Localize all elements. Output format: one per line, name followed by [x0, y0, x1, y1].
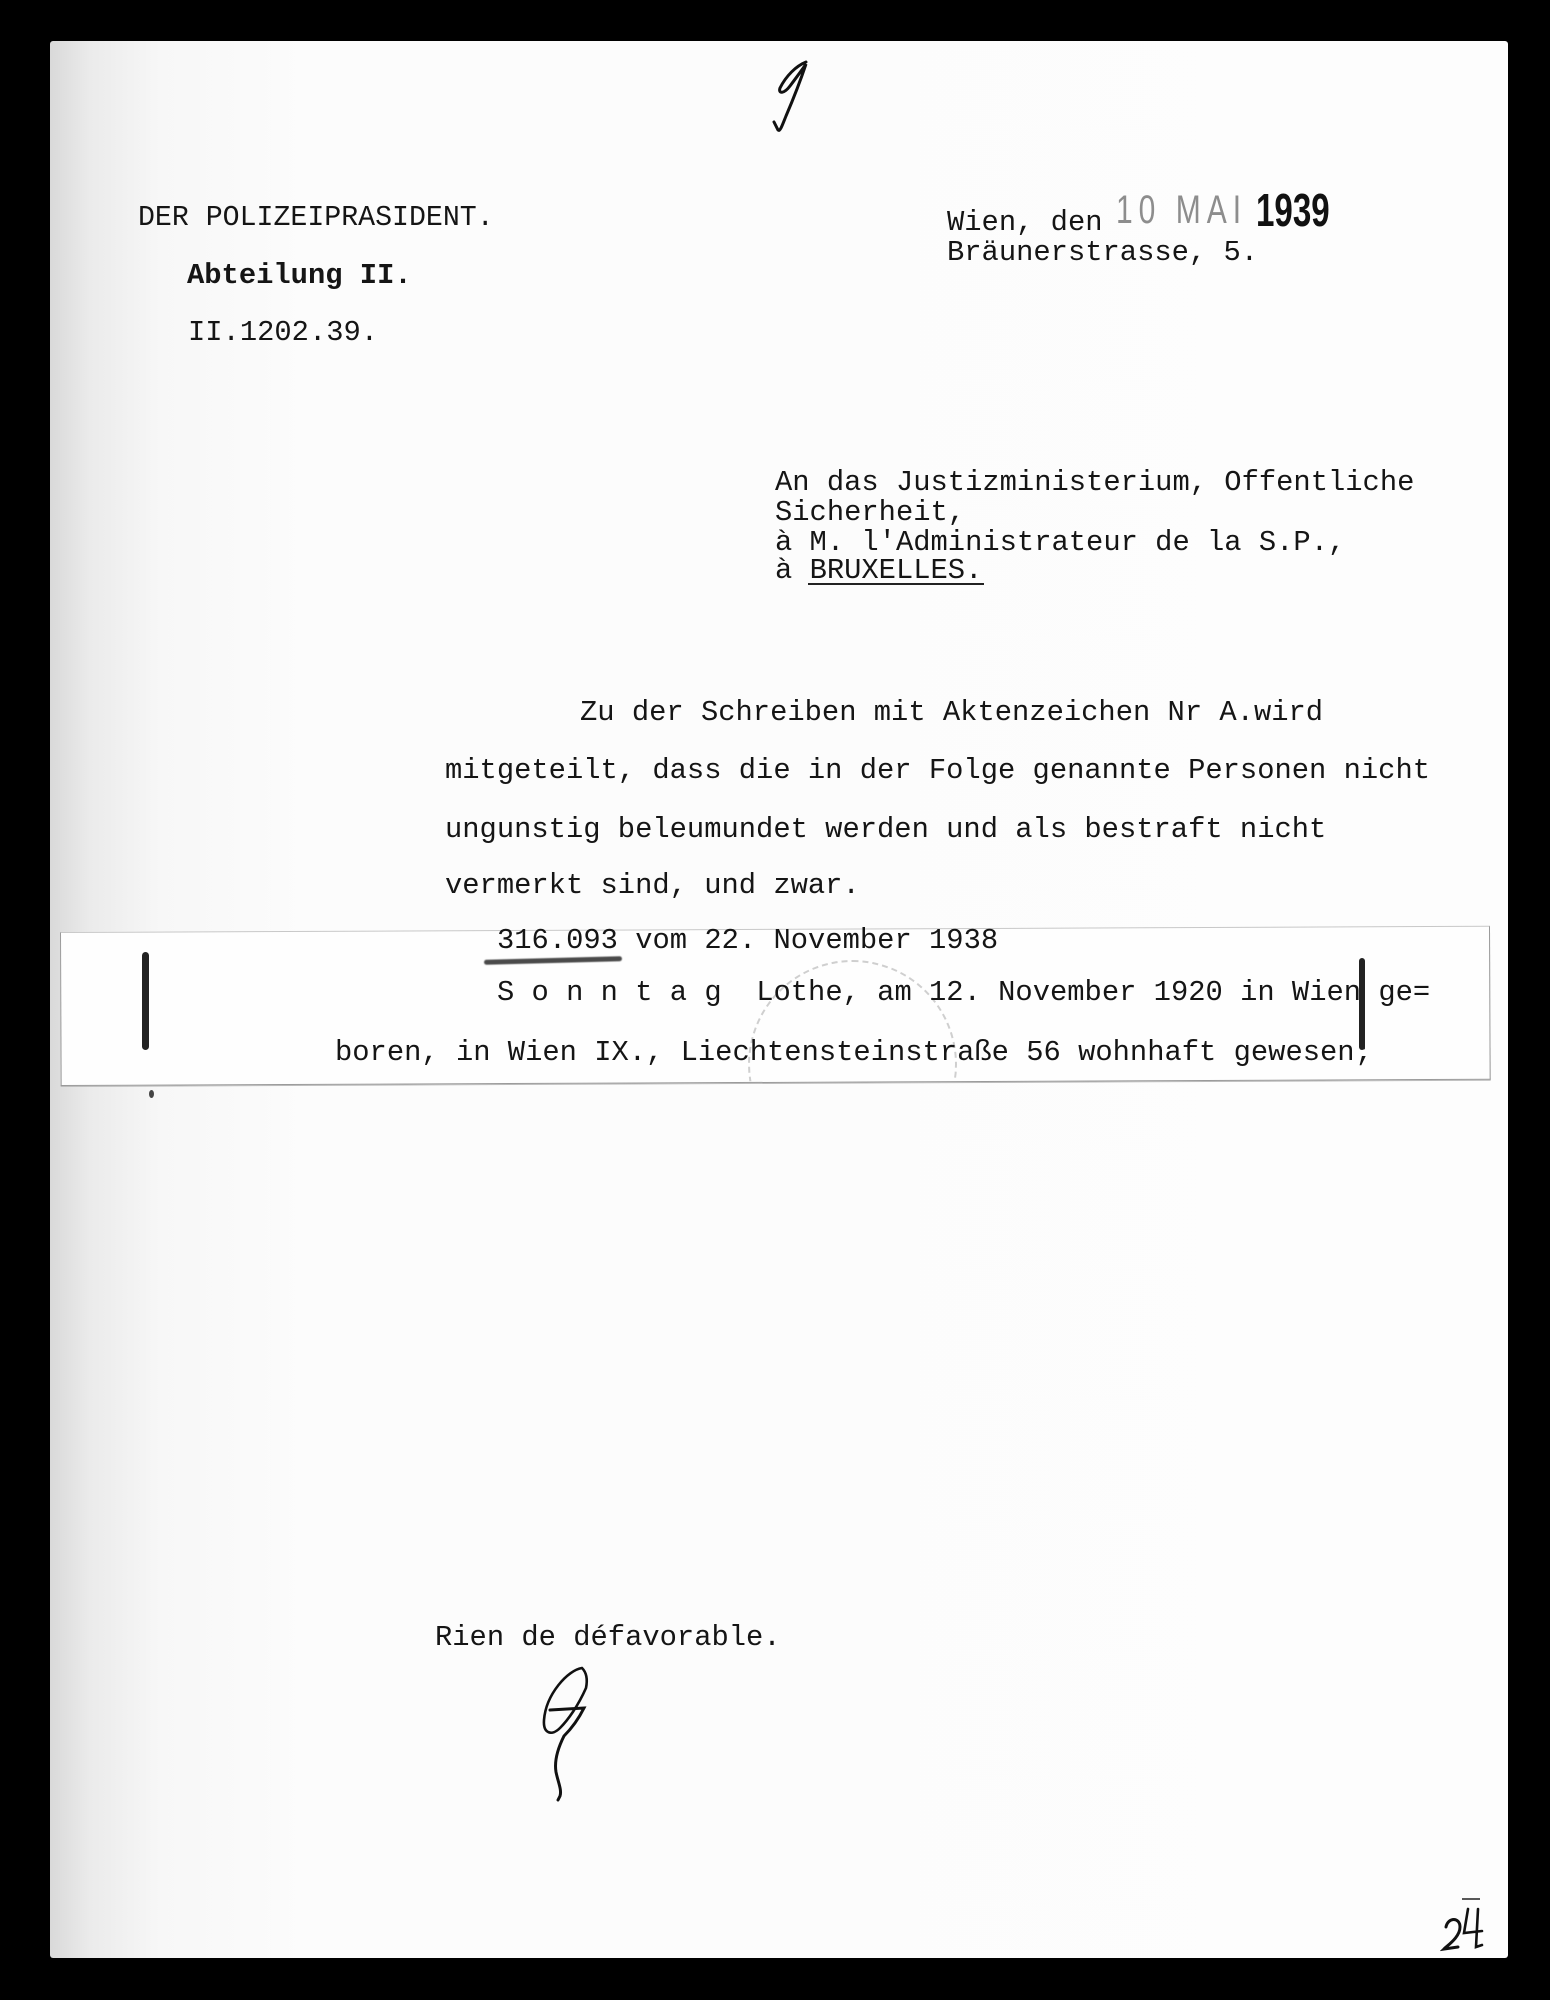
- right-margin-bracket: [1359, 958, 1365, 1050]
- left-margin-bracket: [142, 952, 149, 1050]
- body-line-1: Zu der Schreiben mit Aktenzeichen Nr A.w…: [580, 699, 1323, 728]
- handwritten-signature-initial: [538, 1664, 598, 1804]
- body-line-3: ungunstig beleumundet werden und als bes…: [445, 816, 1326, 845]
- sender-authority: DER POLIZEIPRASIDENT.: [138, 204, 494, 233]
- ink-speck: [149, 1090, 154, 1098]
- date-stamp: 10 MAI 1939: [1116, 184, 1358, 230]
- recipient-city-underline: [808, 583, 984, 585]
- date-stamp-day-month: 10 MAI: [1116, 190, 1205, 230]
- place-label: Wien, den: [947, 209, 1103, 238]
- slip-person-line-1: S o n n t a g Lothe, am 12. November 192…: [497, 979, 1430, 1008]
- date-stamp-year: 1939: [1256, 190, 1330, 230]
- slip-file-number: 316.093: [497, 924, 618, 957]
- sender-street: Bräunerstrasse, 5.: [947, 239, 1258, 268]
- sender-reference: II.1202.39.: [188, 319, 378, 348]
- recipient-line-2: Sicherheit,: [775, 499, 965, 528]
- recipient-line-4: à BRUXELLES.: [775, 557, 982, 586]
- annotation-rien-de-defavorable: Rien de défavorable.: [435, 1624, 781, 1653]
- recipient-line-1: An das Justizministerium, Offentliche: [775, 469, 1414, 498]
- slip-file-date: vom 22. November 1938: [618, 924, 998, 957]
- sender-department: Abteilung II.: [187, 262, 412, 291]
- slip-file-line: 316.093 vom 22. November 1938: [497, 927, 998, 956]
- body-line-2: mitgeteilt, dass die in der Folge genann…: [445, 757, 1430, 786]
- slip-person-line-2: boren, in Wien IX., Liechtensteinstraße …: [335, 1039, 1372, 1068]
- recipient-prefix: à: [775, 554, 810, 587]
- body-line-4: vermerkt sind, und zwar.: [445, 872, 860, 901]
- handwritten-folio-number-top: [768, 58, 814, 136]
- handwritten-folio-number-bottom: [1440, 1895, 1490, 1955]
